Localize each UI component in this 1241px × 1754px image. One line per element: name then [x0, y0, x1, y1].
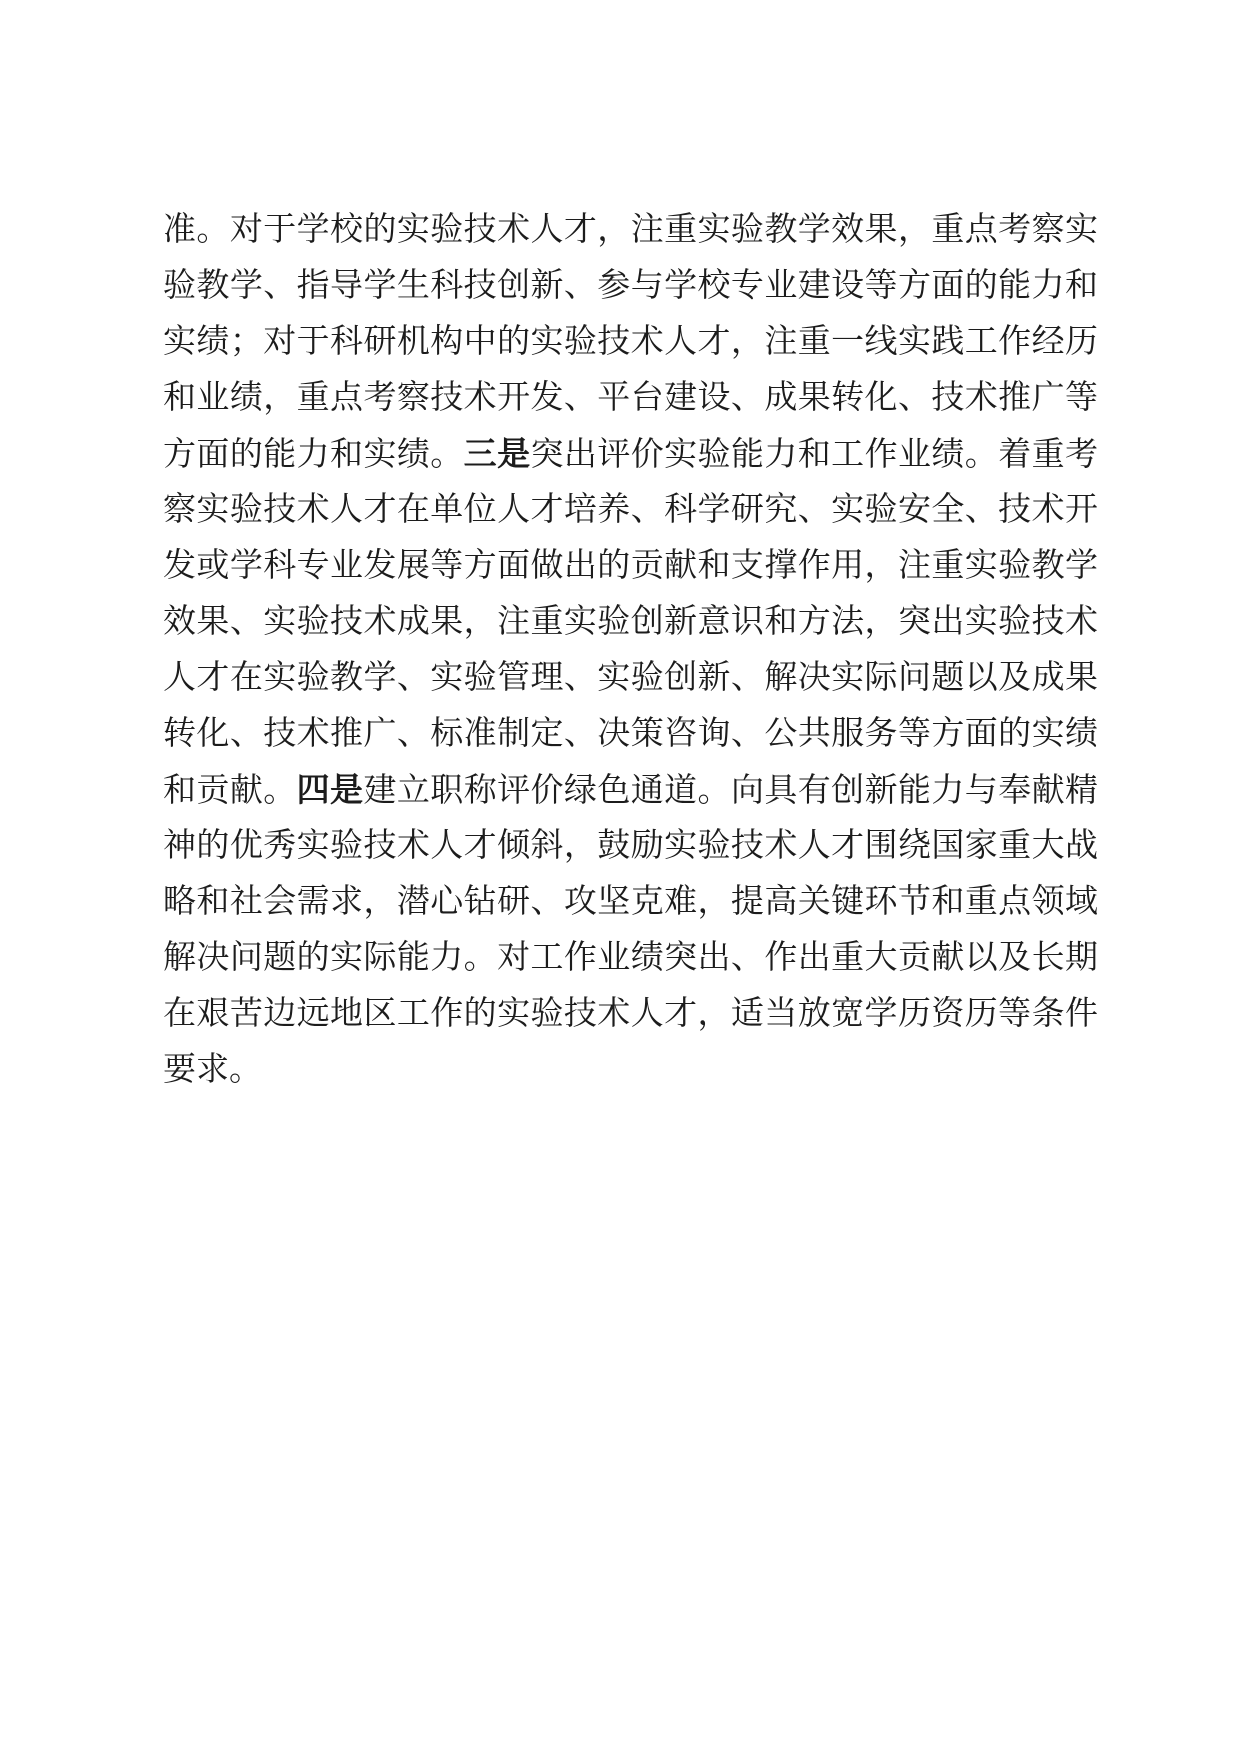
text-line: 验教学、指导学生科技创新、参与学校专业建设等方面的能力和	[163, 258, 1098, 314]
text-line: 要求。	[163, 1042, 1098, 1098]
text-line: 准。对于学校的实验技术人才，注重实验教学效果，重点考察实	[163, 202, 1098, 258]
bold-text-segment: 三是	[464, 435, 531, 472]
text-line: 效果、实验技术成果，注重实验创新意识和方法，突出实验技术	[163, 594, 1098, 650]
text-line: 和业绩，重点考察技术开发、平台建设、成果转化、技术推广等	[163, 370, 1098, 426]
text-segment: 验教学、指导学生科技创新、参与学校专业建设等方面的能力和	[163, 268, 1098, 304]
text-segment: 建立职称评价绿色通道。向具有创新能力与奉献精	[363, 773, 1098, 809]
text-line: 发或学科专业发展等方面做出的贡献和支撑作用，注重实验教学	[163, 538, 1098, 594]
text-segment: 方面的能力和实绩。	[163, 437, 464, 473]
text-segment: 神的优秀实验技术人才倾斜，鼓励实验技术人才围绕国家重大战	[163, 828, 1098, 864]
text-segment: 转化、技术推广、标准制定、决策咨询、公共服务等方面的实绩	[163, 716, 1098, 752]
bold-text-segment: 四是	[297, 771, 364, 808]
text-line: 方面的能力和实绩。三是突出评价实验能力和工作业绩。着重考	[163, 426, 1098, 482]
text-segment: 发或学科专业发展等方面做出的贡献和支撑作用，注重实验教学	[163, 548, 1098, 584]
text-segment: 略和社会需求，潜心钻研、攻坚克难，提高关键环节和重点领域	[163, 884, 1098, 920]
text-line: 略和社会需求，潜心钻研、攻坚克难，提高关键环节和重点领域	[163, 874, 1098, 930]
text-segment: 准。对于学校的实验技术人才，注重实验教学效果，重点考察实	[163, 212, 1098, 248]
text-line: 神的优秀实验技术人才倾斜，鼓励实验技术人才围绕国家重大战	[163, 818, 1098, 874]
text-segment: 人才在实验教学、实验管理、实验创新、解决实际问题以及成果	[163, 660, 1098, 696]
text-line: 人才在实验教学、实验管理、实验创新、解决实际问题以及成果	[163, 650, 1098, 706]
text-segment: 在艰苦边远地区工作的实验技术人才，适当放宽学历资历等条件	[163, 996, 1098, 1032]
text-line: 转化、技术推广、标准制定、决策咨询、公共服务等方面的实绩	[163, 706, 1098, 762]
text-line: 察实验技术人才在单位人才培养、科学研究、实验安全、技术开	[163, 482, 1098, 538]
text-segment: 和业绩，重点考察技术开发、平台建设、成果转化、技术推广等	[163, 380, 1098, 416]
text-segment: 实绩；对于科研机构中的实验技术人才，注重一线实践工作经历	[163, 324, 1098, 360]
document-page: 准。对于学校的实验技术人才，注重实验教学效果，重点考察实验教学、指导学生科技创新…	[0, 0, 1241, 1754]
text-segment: 和贡献。	[163, 773, 297, 809]
text-line: 在艰苦边远地区工作的实验技术人才，适当放宽学历资历等条件	[163, 986, 1098, 1042]
text-segment: 察实验技术人才在单位人才培养、科学研究、实验安全、技术开	[163, 492, 1098, 528]
text-line: 解决问题的实际能力。对工作业绩突出、作出重大贡献以及长期	[163, 930, 1098, 986]
text-segment: 突出评价实验能力和工作业绩。着重考	[531, 437, 1099, 473]
text-segment: 要求。	[163, 1052, 262, 1088]
text-segment: 解决问题的实际能力。对工作业绩突出、作出重大贡献以及长期	[163, 940, 1098, 976]
text-line: 和贡献。四是建立职称评价绿色通道。向具有创新能力与奉献精	[163, 762, 1098, 818]
text-line: 实绩；对于科研机构中的实验技术人才，注重一线实践工作经历	[163, 314, 1098, 370]
text-segment: 效果、实验技术成果，注重实验创新意识和方法，突出实验技术	[163, 604, 1098, 640]
text-block: 准。对于学校的实验技术人才，注重实验教学效果，重点考察实验教学、指导学生科技创新…	[163, 202, 1098, 1098]
